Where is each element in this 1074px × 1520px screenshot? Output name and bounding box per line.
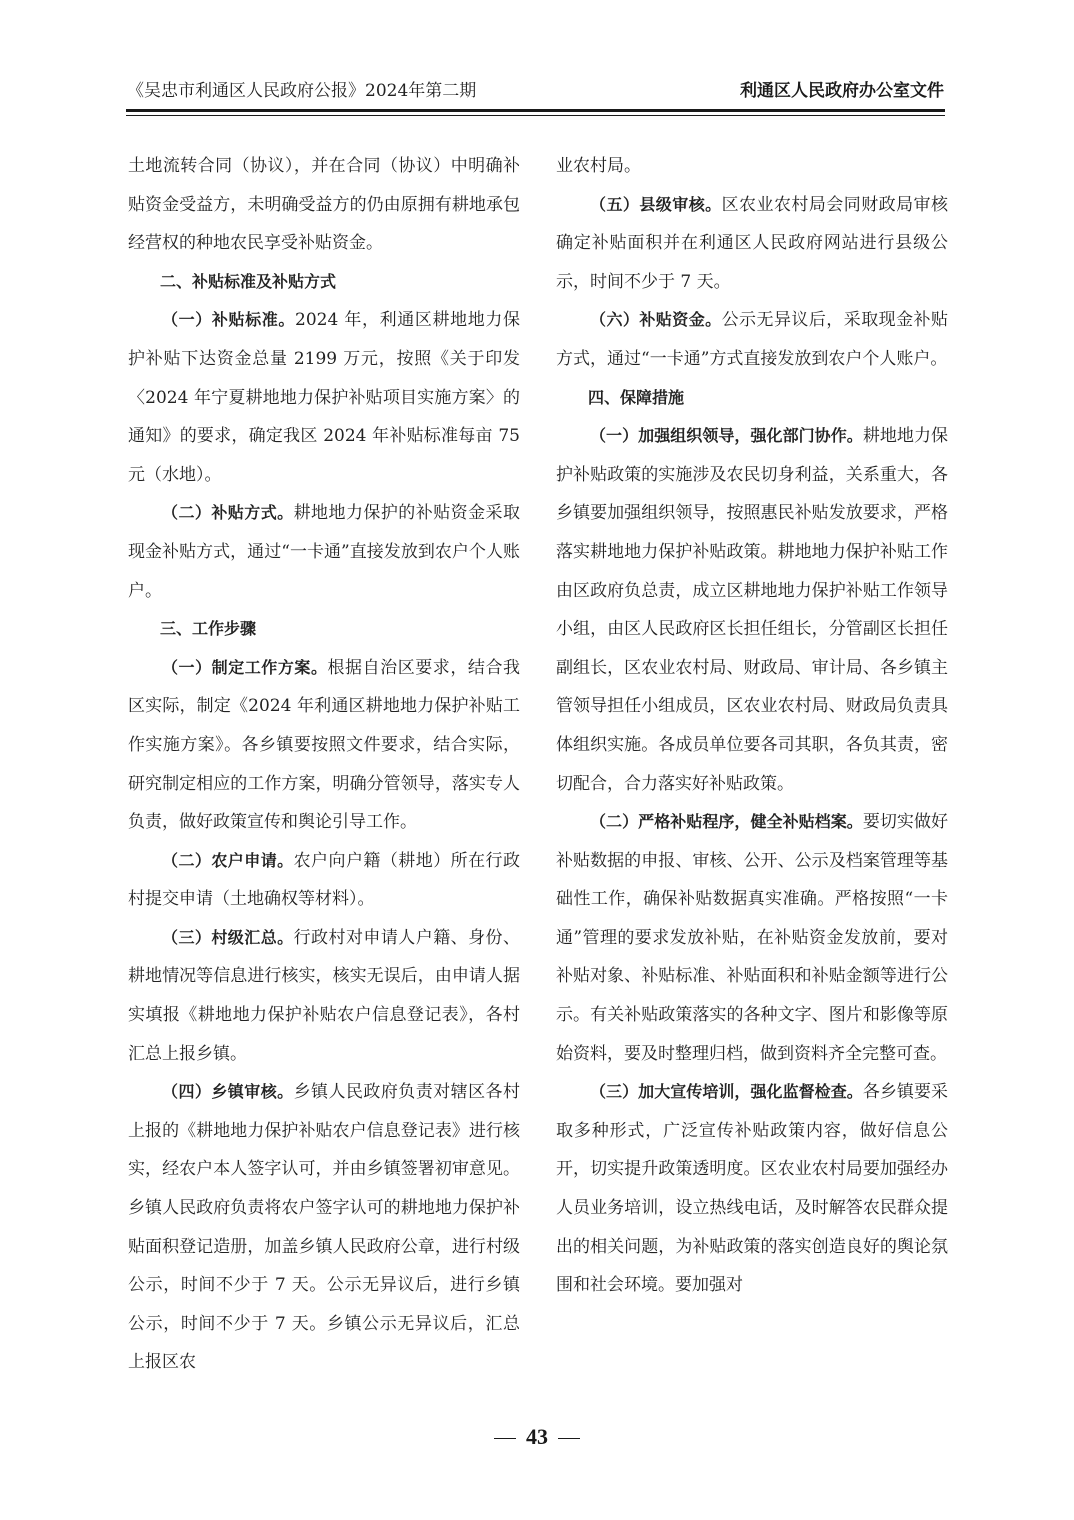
- paragraph: （二）严格补贴程序，健全补贴档案。要切实做好补贴数据的申报、审核、公开、公示及档…: [556, 803, 948, 1073]
- paragraph-text: 根据自治区要求，结合我区实际，制定《2024 年利通区耕地地力保护补贴工作实施方…: [128, 658, 520, 832]
- paragraph: （二）农户申请。农户向户籍（耕地）所在行政村提交申请（土地确权等材料）。: [128, 842, 520, 919]
- paragraph-lead: （四）乡镇审核。: [162, 1082, 294, 1101]
- paragraph-text: 行政村对申请人户籍、身份、耕地情况等信息进行核实，核实无误后，由申请人据实填报《…: [128, 928, 520, 1064]
- paragraph-text: 要切实做好补贴数据的申报、审核、公开、公示及档案管理等基础性工作，确保补贴数据真…: [556, 812, 948, 1064]
- paragraph: （六）补贴资金。公示无异议后，采取现金补贴方式，通过“一卡通”方式直接发放到农户…: [556, 301, 948, 378]
- page-number-dash-right: [558, 1438, 580, 1439]
- paragraph-lead: （二）严格补贴程序，健全补贴档案。: [590, 812, 863, 831]
- page-number-dash-left: [494, 1438, 516, 1439]
- header-rule-thin: [126, 115, 945, 116]
- paragraph: （三）村级汇总。行政村对申请人户籍、身份、耕地情况等信息进行核实，核实无误后，由…: [128, 919, 520, 1073]
- paragraph-text: 2024 年，利通区耕地地力保护补贴下达资金总量 2199 万元，按照《关于印发…: [128, 310, 520, 484]
- page-footer: 43: [0, 1424, 1074, 1450]
- page-number: 43: [526, 1424, 548, 1449]
- paragraph: （一）补贴标准。2024 年，利通区耕地地力保护补贴下达资金总量 2199 万元…: [128, 301, 520, 494]
- paragraph-text: 乡镇人民政府负责对辖区各村上报的《耕地地力保护补贴农户信息登记表》进行核实，经农…: [128, 1082, 520, 1372]
- right-column: 业农村局。 （五）县级审核。区农业农村局会同财政局审核确定补贴面积并在利通区人民…: [556, 147, 948, 1305]
- paragraph: （一）制定工作方案。根据自治区要求，结合我区实际，制定《2024 年利通区耕地地…: [128, 649, 520, 842]
- paragraph-lead: （五）县级审核。: [590, 195, 722, 214]
- header-rule-thick: [126, 109, 945, 112]
- paragraph-lead: （二）补贴方式。: [162, 503, 294, 522]
- paragraph-continuation: 业农村局。: [556, 147, 948, 186]
- left-column: 土地流转合同（协议），并在合同（协议）中明确补贴资金受益方，未明确受益方的仍由原…: [128, 147, 520, 1382]
- paragraph-lead: （二）农户申请。: [162, 851, 294, 870]
- paragraph-lead: （一）制定工作方案。: [162, 658, 328, 677]
- paragraph-lead: （一）加强组织领导，强化部门协作。: [590, 426, 863, 445]
- section-heading: 三、工作步骤: [128, 610, 520, 649]
- paragraph: （五）县级审核。区农业农村局会同财政局审核确定补贴面积并在利通区人民政府网站进行…: [556, 186, 948, 302]
- section-heading: 四、保障措施: [556, 379, 948, 418]
- section-heading: 二、补贴标准及补贴方式: [128, 263, 520, 302]
- paragraph-lead: （一）补贴标准。: [162, 310, 295, 329]
- paragraph: （二）补贴方式。耕地地力保护的补贴资金采取现金补贴方式，通过“一卡通”直接发放到…: [128, 494, 520, 610]
- paragraph-continuation: 土地流转合同（协议），并在合同（协议）中明确补贴资金受益方，未明确受益方的仍由原…: [128, 147, 520, 263]
- paragraph-lead: （三）村级汇总。: [162, 928, 294, 947]
- paragraph-text: 土地流转合同（协议），并在合同（协议）中明确补贴资金受益方，未明确受益方的仍由原…: [128, 156, 520, 253]
- section-title: 利通区人民政府办公室文件: [740, 76, 944, 101]
- paragraph-text: 耕地地力保护补贴政策的实施涉及农民切身利益，关系重大，各乡镇要加强组织领导，按照…: [556, 426, 948, 793]
- paragraph: （四）乡镇审核。乡镇人民政府负责对辖区各村上报的《耕地地力保护补贴农户信息登记表…: [128, 1073, 520, 1382]
- publication-title: 《吴忠市利通区人民政府公报》2024年第二期: [127, 76, 476, 101]
- paragraph-text: 业农村局。: [556, 156, 641, 176]
- paragraph-lead: （三）加大宣传培训，强化监督检查。: [590, 1082, 863, 1101]
- paragraph: （三）加大宣传培训，强化监督检查。各乡镇要采取多种形式，广泛宣传补贴政策内容，做…: [556, 1073, 948, 1305]
- paragraph-text: 各乡镇要采取多种形式，广泛宣传补贴政策内容，做好信息公开，切实提升政策透明度。区…: [556, 1082, 948, 1295]
- paragraph: （一）加强组织领导，强化部门协作。耕地地力保护补贴政策的实施涉及农民切身利益，关…: [556, 417, 948, 803]
- paragraph-lead: （六）补贴资金。: [590, 310, 722, 329]
